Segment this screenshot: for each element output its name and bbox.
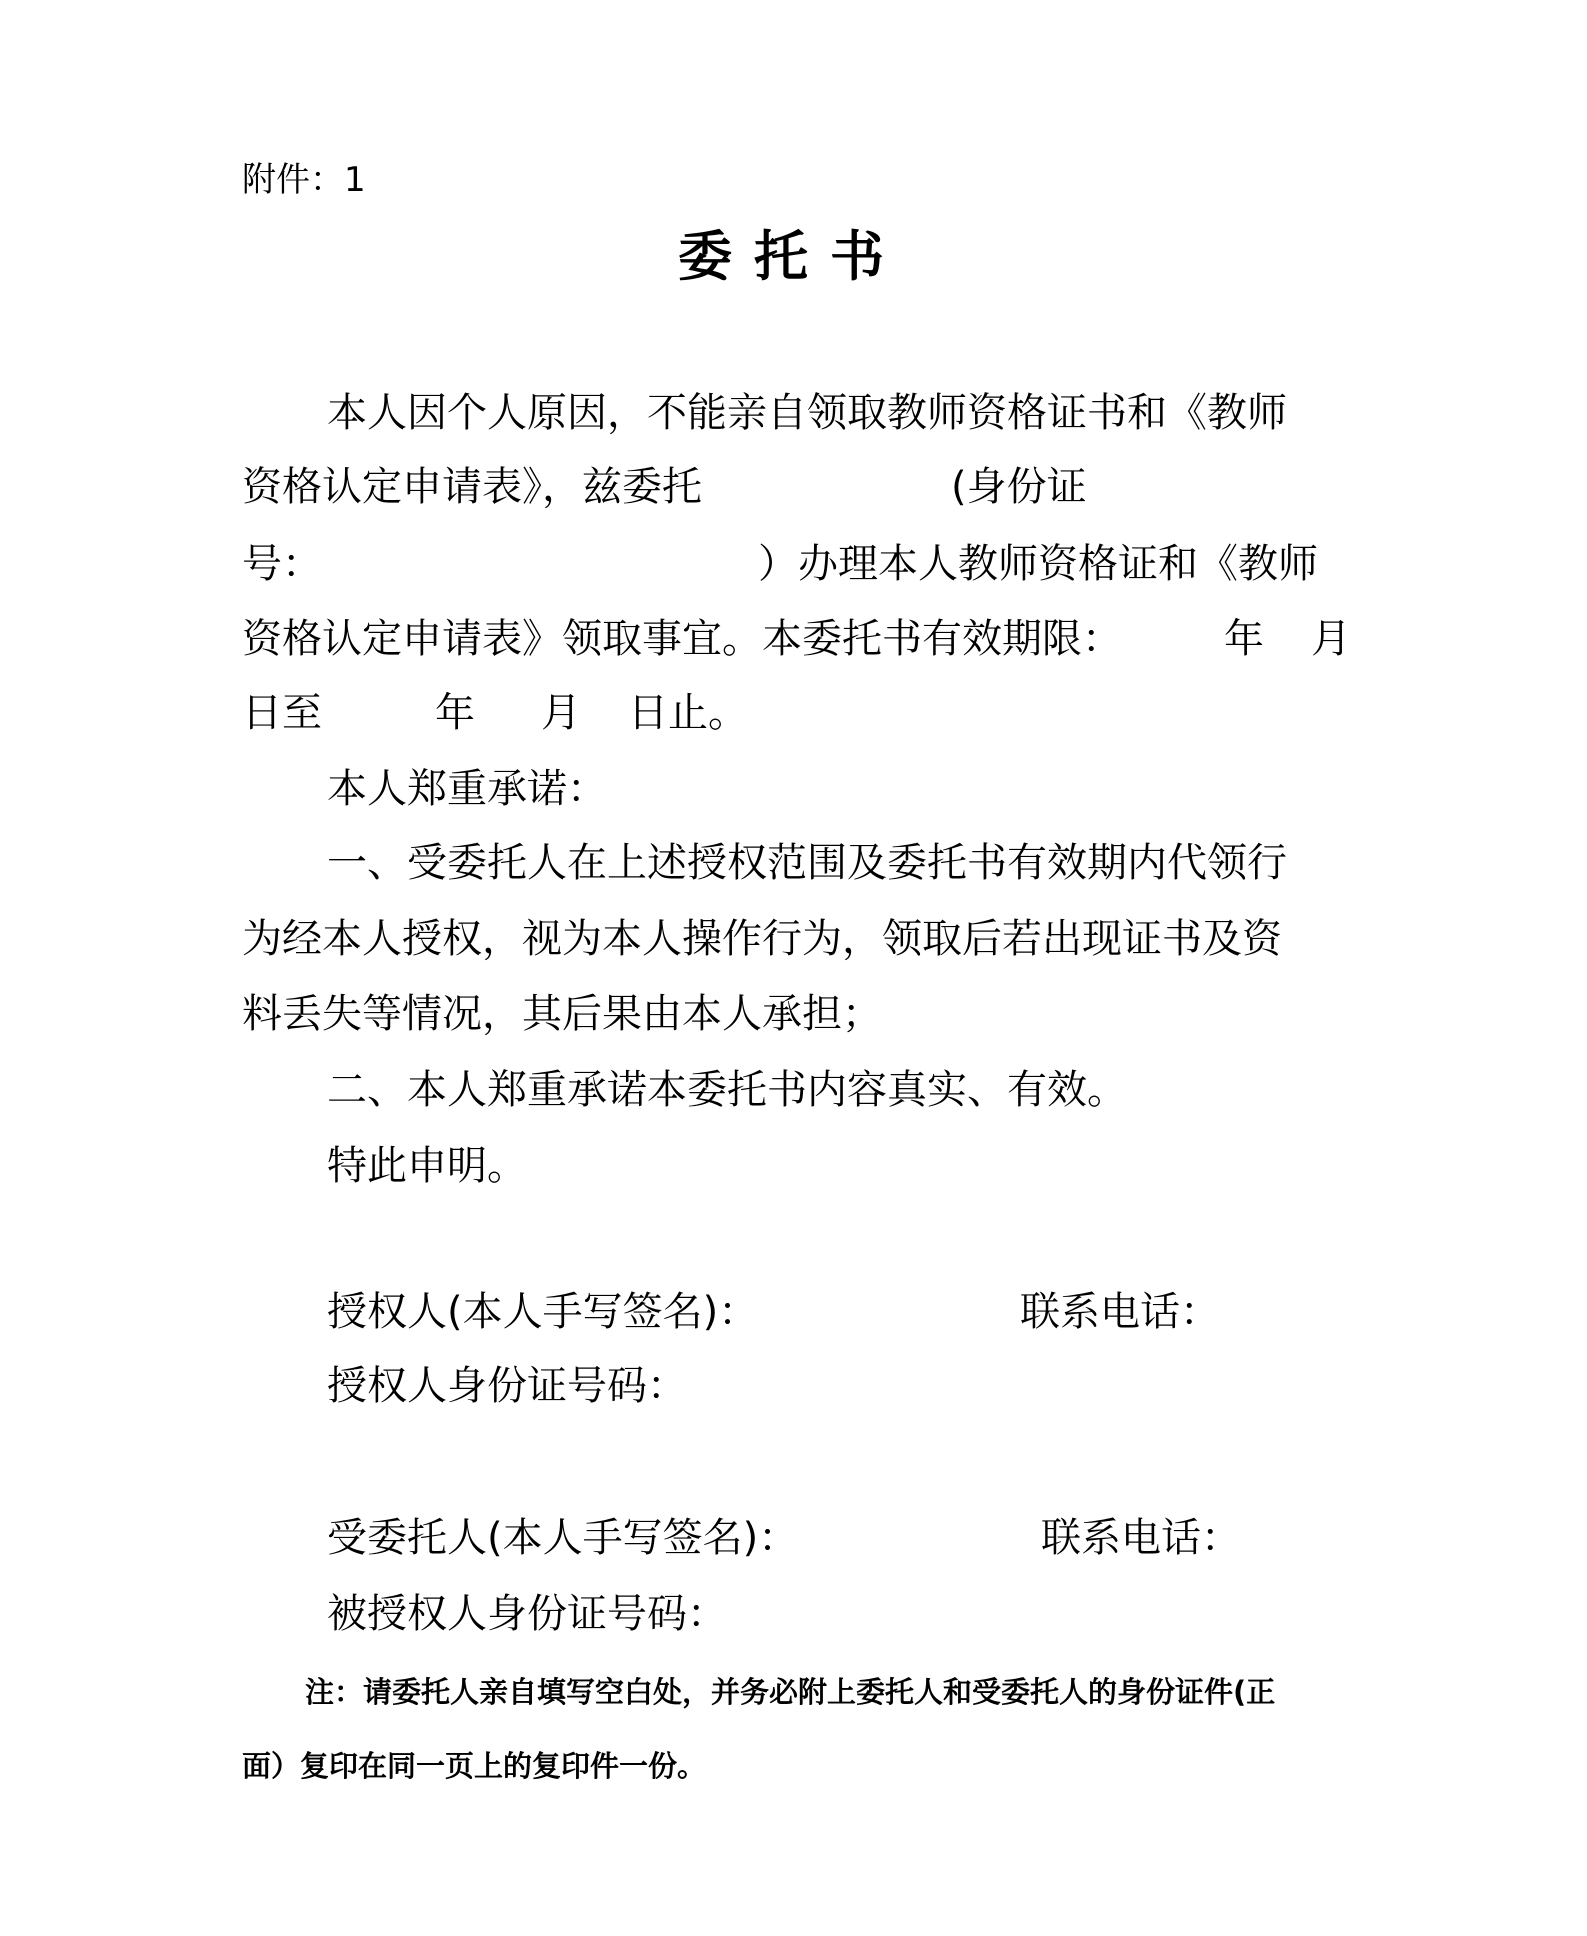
paragraph-line: 本人郑重承诺：	[327, 769, 607, 809]
note-line: 面）复印在同一页上的复印件一份。	[242, 1752, 706, 1781]
paragraph-line: 料丢失等情况，其后果由本人承担；	[242, 994, 882, 1034]
agent-id-label: 被授权人身份证号码：	[327, 1594, 727, 1634]
blank-year: 年	[435, 693, 475, 733]
agent-phone-label: 联系电话：	[1041, 1518, 1241, 1558]
agent-signature-label: 受委托人(本人手写签名)：	[327, 1518, 798, 1558]
paragraph-line: 日至	[242, 693, 322, 733]
paragraph-line: 为经本人授权，视为本人操作行为，领取后若出现证书及资	[242, 919, 1282, 959]
paragraph-line: 日止。	[628, 693, 748, 733]
grantor-signature-label: 授权人(本人手写签名)：	[327, 1292, 758, 1332]
grantor-id-label: 授权人身份证号码：	[327, 1366, 687, 1406]
grantor-phone-label: 联系电话：	[1020, 1292, 1220, 1332]
blank-month: 月	[1311, 619, 1351, 659]
blank-month: 月	[541, 693, 581, 733]
paragraph-line: 特此申明。	[327, 1146, 527, 1186]
paragraph-line: (身份证	[951, 467, 1087, 507]
document-title: 委托书	[678, 230, 906, 284]
note-line: 注：请委托人亲自填写空白处，并务必附上委托人和受委托人的身份证件(正	[305, 1678, 1275, 1707]
paragraph-line: 二、本人郑重承诺本委托书内容真实、有效。	[327, 1070, 1127, 1110]
attachment-label: 附件：1	[242, 163, 366, 197]
paragraph-line: ）办理本人教师资格证和《教师	[758, 544, 1318, 584]
blank-year: 年	[1224, 619, 1264, 659]
paragraph-line: 资格认定申请表》，兹委托	[242, 467, 702, 507]
paragraph-line: 本人因个人原因，不能亲自领取教师资格证书和《教师	[327, 393, 1287, 433]
paragraph-line: 号：	[242, 544, 322, 584]
paragraph-line: 一、受委托人在上述授权范围及委托书有效期内代领行	[327, 843, 1287, 883]
paragraph-line: 资格认定申请表》领取事宜。本委托书有效期限：	[242, 619, 1122, 659]
